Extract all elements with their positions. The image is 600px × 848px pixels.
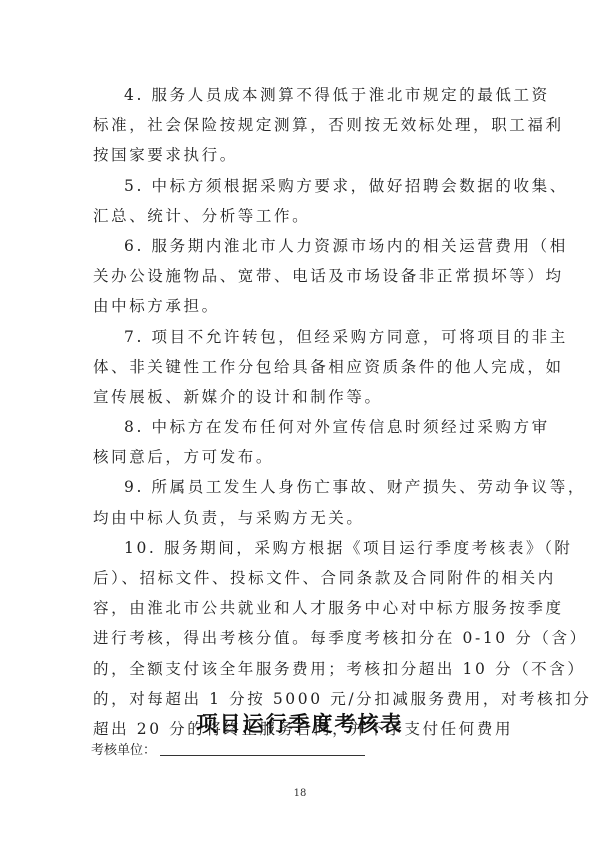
- paragraph-line: 的，全额支付该全年服务费用；考核扣分超出 10 分（不含）: [93, 654, 513, 684]
- paragraph-line: 均由中标人负责，与采购方无关。: [93, 503, 513, 533]
- assessment-unit-blank-line: [160, 754, 365, 756]
- paragraph-line: 10. 服务期间，采购方根据《项目运行季度考核表》（附: [93, 533, 513, 563]
- assessment-unit-row: 考核单位：: [91, 738, 365, 758]
- paragraph-line: 8. 中标方在发布任何对外宣传信息时须经过采购方审: [93, 412, 513, 442]
- paragraph-line: 体、非关键性工作分包给具备相应资质条件的他人完成，如: [93, 352, 513, 382]
- paragraph-line: 汇总、统计、分析等工作。: [93, 201, 513, 231]
- paragraph-line: 按国家要求执行。: [93, 140, 513, 170]
- paragraph-line: 4. 服务人员成本测算不得低于淮北市规定的最低工资: [93, 80, 513, 110]
- paragraph-line: 标准，社会保险按规定测算，否则按无效标处理，职工福利: [93, 110, 513, 140]
- paragraph-line: 7. 项目不允许转包，但经采购方同意，可将项目的非主: [93, 322, 513, 352]
- paragraph-line: 5. 中标方须根据采购方要求，做好招聘会数据的收集、: [93, 171, 513, 201]
- document-page: 4. 服务人员成本测算不得低于淮北市规定的最低工资 标准，社会保险按规定测算，否…: [0, 0, 600, 848]
- body-text: 4. 服务人员成本测算不得低于淮北市规定的最低工资 标准，社会保险按规定测算，否…: [93, 80, 513, 744]
- paragraph-line: 由中标方承担。: [93, 291, 513, 321]
- paragraph-line: 容，由淮北市公共就业和人才服务中心对中标方服务按季度: [93, 593, 513, 623]
- page-number: 18: [0, 788, 600, 799]
- paragraph-line: 进行考核，得出考核分值。每季度考核扣分在 0-10 分（含）: [93, 623, 513, 653]
- paragraph-line: 后）、招标文件、投标文件、合同条款及合同附件的相关内: [93, 563, 513, 593]
- paragraph-line: 核同意后，方可发布。: [93, 442, 513, 472]
- assessment-unit-label: 考核单位：: [91, 739, 156, 758]
- paragraph-line: 6. 服务期内淮北市人力资源市场内的相关运营费用（相: [93, 231, 513, 261]
- paragraph-line: 宣传展板、新媒介的设计和制作等。: [93, 382, 513, 412]
- table-title: 项目运行季度考核表: [0, 708, 600, 738]
- paragraph-line: 关办公设施物品、宽带、电话及市场设备非正常损坏等）均: [93, 261, 513, 291]
- paragraph-line: 9. 所属员工发生人身伤亡事故、财产损失、劳动争议等，: [93, 472, 513, 502]
